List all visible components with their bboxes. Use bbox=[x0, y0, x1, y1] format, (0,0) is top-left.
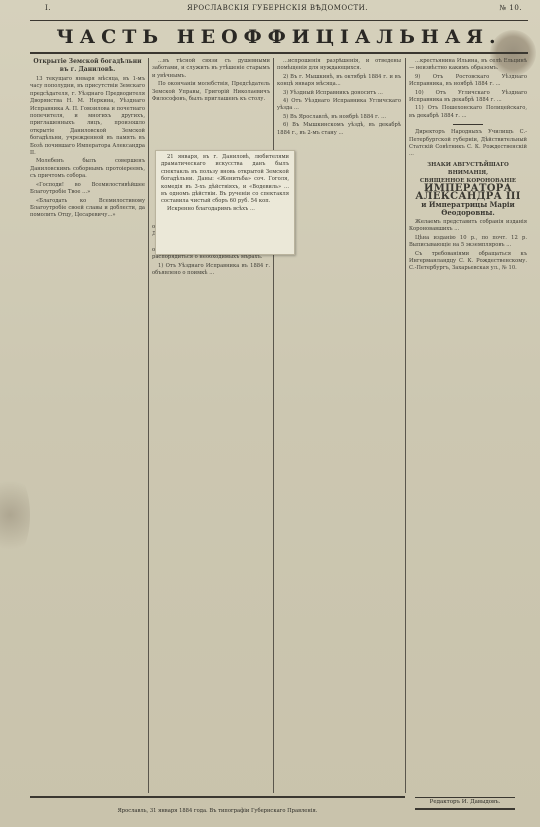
column-divider bbox=[405, 58, 406, 793]
feature-heading: ЗНАКИ АВГУСТѢЙШАГО ВНИМАНІЯ, СВЯЩЕННОЕ К… bbox=[409, 161, 527, 217]
column-3: ...испрошенія разрѣшенія, и отведены пом… bbox=[277, 58, 401, 793]
newspaper-page: I. ЯРОСЛАВСКІЯ ГУБЕРНСКІЯ ВѢДОМОСТИ. № 1… bbox=[0, 0, 540, 827]
column-4: ...крестьянина Ильина, въ селѣ Ельцинѣ —… bbox=[409, 58, 527, 793]
paragraph: ...въ тѣсной связи съ душевными заботами… bbox=[152, 58, 270, 80]
paragraph: 9) Отъ Ростовскаго Уѣзднаго Исправника, … bbox=[409, 74, 527, 89]
title-rule bbox=[30, 52, 528, 54]
paragraph: ...испрошенія разрѣшенія, и отведены пом… bbox=[277, 58, 401, 73]
feature-heading-line: и Императрицы Маріи Ѳеодоровны. bbox=[409, 201, 527, 217]
paragraph: «Благодать ко Всемилостивому Благоутробі… bbox=[30, 198, 145, 220]
paragraph: 21 января, въ г. Даниловѣ, любителями др… bbox=[161, 154, 289, 206]
editor-rule bbox=[415, 808, 515, 810]
editor-signature: Редакторъ И. Давыдовъ. bbox=[415, 799, 515, 805]
paragraph: 6) Въ Мышкинскомъ уѣздѣ, въ декабрѣ 1884… bbox=[277, 122, 401, 137]
paragraph: 11) Отъ Пошехонскаго Полицейскаго, въ де… bbox=[409, 105, 527, 120]
imprint: Ярославль, 31 января 1884 года. Въ типог… bbox=[30, 808, 405, 814]
column-divider bbox=[148, 58, 149, 793]
article-heading: Открытіе Земской богадѣльни въ г. Данило… bbox=[30, 58, 145, 73]
paragraph: 2) Въ г. Мышкинѣ, въ октябрѣ 1884 г. и в… bbox=[277, 74, 401, 89]
paragraph: Директоръ Народныхъ Училищъ С.-Петербург… bbox=[409, 129, 527, 159]
paragraph: Цѣна изданію 10 р., по почт. 12 р. Выпис… bbox=[409, 235, 527, 250]
feature-heading-line: ИМПЕРАТОРА АЛЕКСАНДРА III bbox=[409, 185, 527, 201]
paragraph: «Господи! во Всемилостивѣйшее Благоутроб… bbox=[30, 182, 145, 197]
paragraph: ...крестьянина Ильина, въ селѣ Ельцинѣ —… bbox=[409, 58, 527, 73]
paragraph: 3) Уѣздный Исправникъ доноситъ ... bbox=[277, 90, 401, 97]
pasted-clipping: 21 января, въ г. Даниловѣ, любителями др… bbox=[155, 150, 295, 255]
running-header: I. ЯРОСЛАВСКІЯ ГУБЕРНСКІЯ ВѢДОМОСТИ. № 1… bbox=[25, 4, 530, 16]
paragraph: Съ требованіями обращаться къ Ингерманла… bbox=[409, 251, 527, 273]
paragraph: 13 текущаго января мѣсяца, въ 1-мъ часу … bbox=[30, 76, 145, 157]
publication-title: ЯРОСЛАВСКІЯ ГУБЕРНСКІЯ ВѢДОМОСТИ. bbox=[25, 4, 530, 12]
paragraph: 1) Отъ Уѣзднаго Исправника въ 1884 г. об… bbox=[152, 263, 270, 278]
paragraph: По окончаніи молебствія, Предсѣдатель Зе… bbox=[152, 81, 270, 103]
editor-rule bbox=[415, 797, 515, 798]
section-title: ЧАСТЬ НЕОФФИЦІАЛЬНАЯ. bbox=[30, 26, 528, 48]
paper-stain bbox=[0, 470, 30, 560]
header-rule bbox=[30, 20, 528, 21]
feature-heading-line: ЗНАКИ АВГУСТѢЙШАГО ВНИМАНІЯ, bbox=[409, 161, 527, 177]
paragraph: Молебенъ былъ совершенъ Даниловскимъ соб… bbox=[30, 158, 145, 180]
paragraph: 4) Отъ Уѣзднаго Исправника Угличскаго уѣ… bbox=[277, 98, 401, 113]
issue-number: № 10. bbox=[500, 4, 522, 12]
footer-rule bbox=[30, 796, 405, 798]
paragraph: Желаемъ представить собранія изданія Кор… bbox=[409, 219, 527, 234]
paragraph: Искренно благодаримъ всѣхъ ... bbox=[161, 206, 289, 213]
separator-rule bbox=[453, 124, 483, 125]
paragraph: 5) Въ Ярославлѣ, въ ноябрѣ 1884 г. ... bbox=[277, 114, 401, 121]
paragraph: 10) Отъ Угличскаго Уѣзднаго Исправника в… bbox=[409, 90, 527, 105]
column-1: Открытіе Земской богадѣльни въ г. Данило… bbox=[30, 58, 145, 793]
